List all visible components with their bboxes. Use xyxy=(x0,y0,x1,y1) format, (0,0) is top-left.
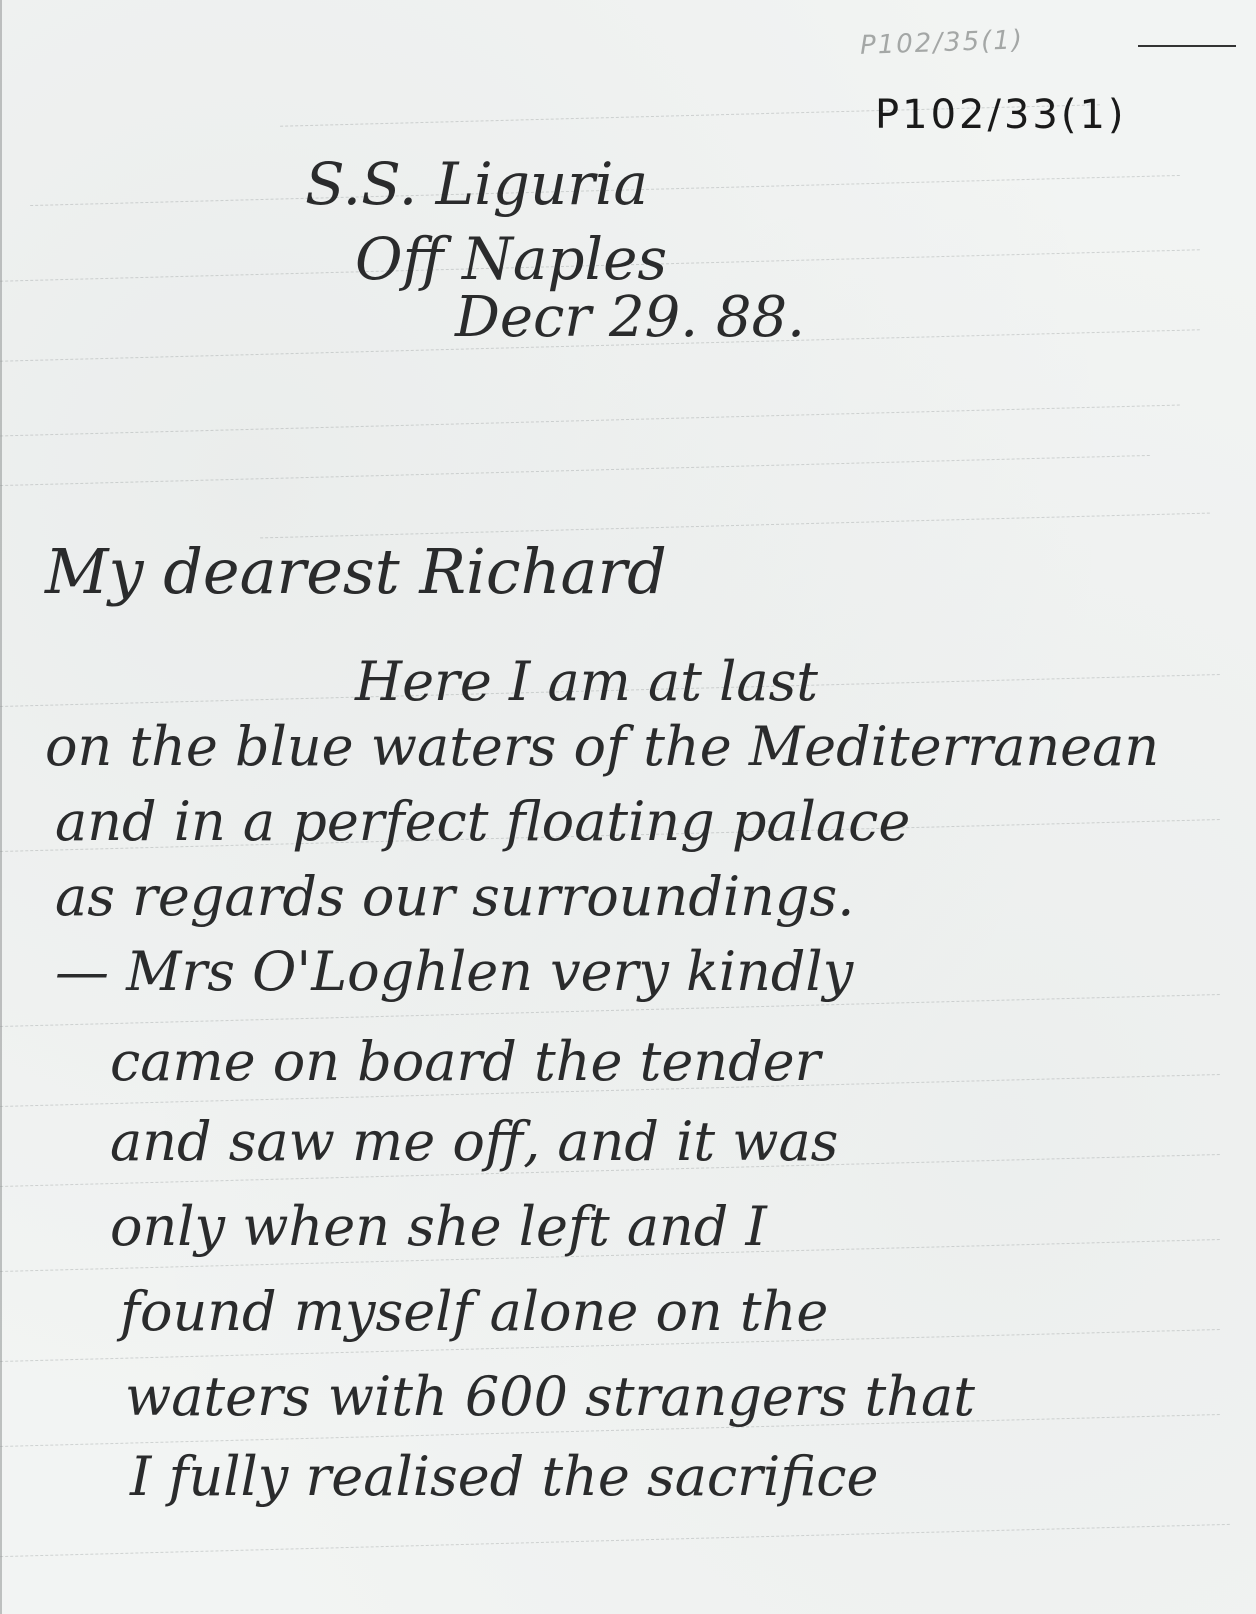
body-line: I fully realised the sacrifice xyxy=(130,1445,878,1508)
salutation: My dearest Richard xyxy=(45,535,667,608)
body-line: as regards our surroundings. xyxy=(55,865,854,928)
body-line: came on board the tender xyxy=(110,1030,820,1093)
show-through-line xyxy=(0,455,1150,487)
body-line: — Mrs O'Loghlen very kindly xyxy=(55,940,853,1003)
body-line: only when she left and I xyxy=(110,1195,767,1258)
page-edge xyxy=(0,0,2,1614)
show-through-line xyxy=(0,405,1180,438)
archive-reference-ink: P102/33(1) xyxy=(875,92,1127,138)
body-line: and in a perfect floating palace xyxy=(55,790,910,853)
body-line: and saw me off, and it was xyxy=(110,1110,838,1173)
letter-page: P102/35(1) P102/33(1) S.S. Liguria Off N… xyxy=(0,0,1256,1614)
body-line: waters with 600 strangers that xyxy=(125,1365,975,1428)
body-line: on the blue waters of the Mediterranean xyxy=(45,715,1159,778)
body-line: Here I am at last xyxy=(355,650,818,713)
archive-reference-pencil: P102/35(1) xyxy=(860,25,1025,61)
body-line: found myself alone on the xyxy=(120,1280,828,1343)
reference-dash xyxy=(1138,45,1236,47)
address-location: Off Naples xyxy=(355,225,667,293)
show-through-line xyxy=(0,1524,1230,1558)
address-ship: S.S. Liguria xyxy=(305,150,648,218)
address-date: Decr 29. 88. xyxy=(455,285,805,350)
